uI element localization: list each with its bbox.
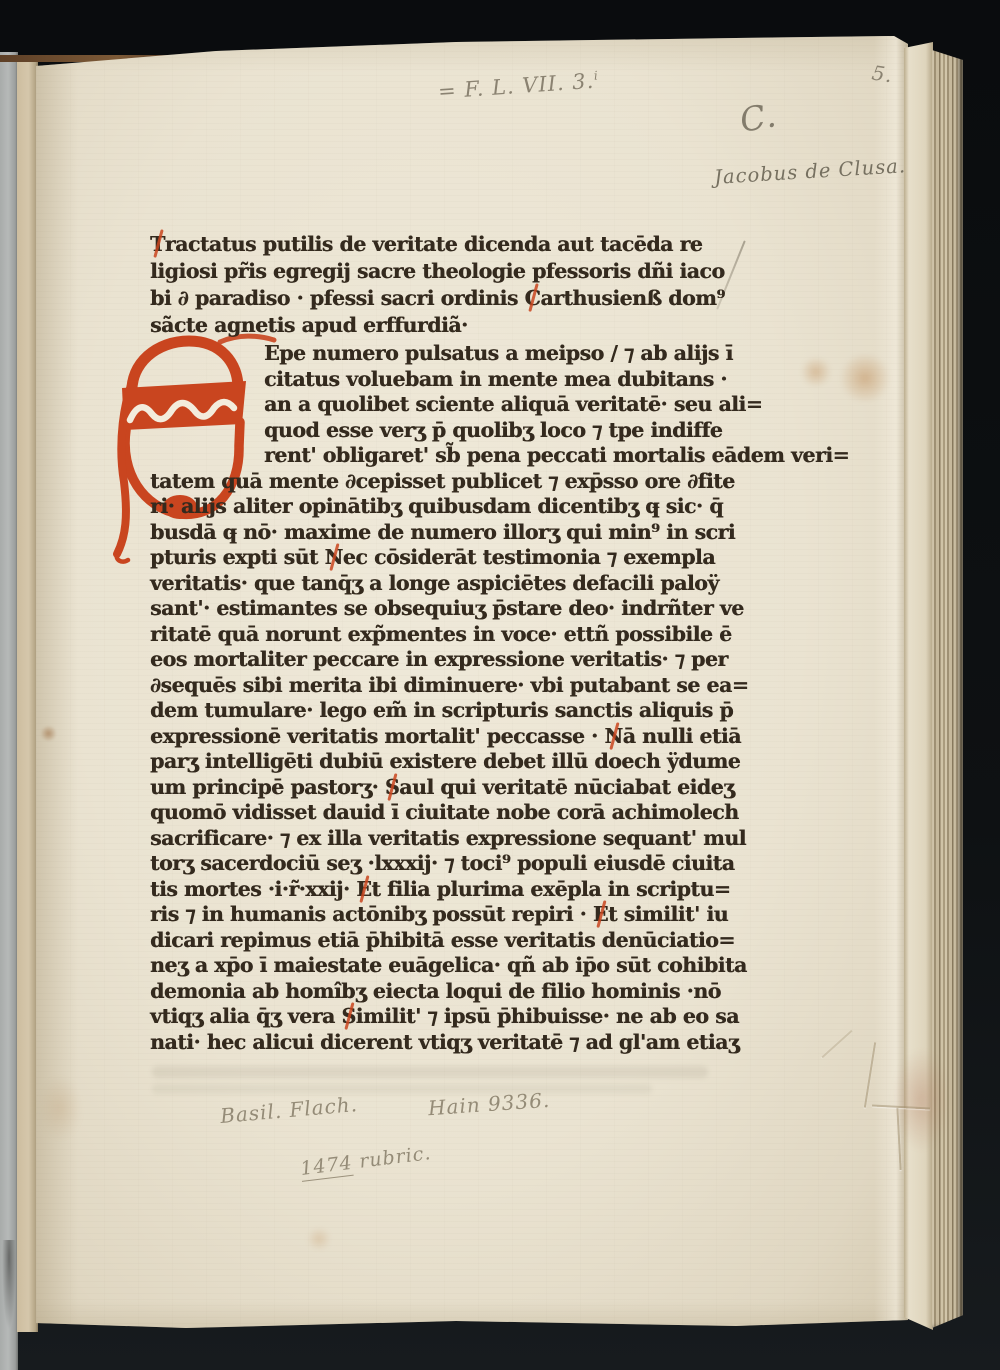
corner-mark-annotation: C.: [737, 95, 780, 140]
verso-show-through: [152, 1084, 652, 1094]
body-text-line: pturis expti sūt Nec cōsiderāt testimoni…: [150, 545, 722, 571]
paper-stain: [40, 726, 57, 741]
paper-stain: [306, 1228, 332, 1250]
rubricated-letter: N: [604, 724, 622, 750]
body-text-line: vtiqʒ alia q̄ʒ vera Similit' ⁊ ipsū p̄hi…: [150, 1004, 722, 1030]
body-text-line: tis mortes ·i·r̃·xxij· Et filia plurima …: [150, 877, 722, 903]
book-gutter-edge: [17, 58, 38, 1332]
scan-left-edge-strip: [0, 52, 18, 1370]
paper-stain: [893, 1050, 949, 1150]
rubricated-letter: S: [341, 1004, 355, 1030]
body-text-line: ∂sequēs sibi merita ibi diminuere· vbi p…: [150, 673, 722, 699]
incipit-line: sãcte agnetis apud erffurdiã·: [150, 312, 722, 339]
paper-stain: [800, 357, 832, 387]
rubricated-letter: T: [150, 231, 165, 258]
scan-left-edge-smudge: [2, 1240, 16, 1330]
body-text-line: veritatis· que tanq̄ʒ a longe aspiciētes…: [150, 571, 722, 597]
rubricated-letter: S: [385, 775, 399, 801]
body-text-line: quomō vidisset dauid ī ciuitate nobe cor…: [150, 800, 722, 826]
body-text-line: tatem quā mente ∂cepisset publicet ⁊ exp…: [150, 469, 722, 495]
body-text-line: nati· hec alicui dicerent vtiqʒ veritatē…: [150, 1030, 722, 1056]
body-text-line: demonia ab homîbʒ eiecta loqui de filio …: [150, 979, 722, 1005]
body-text-line: parʒ intelligēti dubiū existere debet il…: [150, 749, 722, 775]
body-text-line: busdā q̵ nō· maxime de numero illorʒ qui…: [150, 520, 722, 546]
rubricated-letter: C: [525, 285, 541, 312]
body-text-line: neʒ a xp̄o ī maiestate euāgelica· qñ ab …: [150, 953, 722, 979]
body-text-line: eos mortaliter peccare in expressione ve…: [150, 647, 722, 673]
body-text-line: um principē pastorʒ· Saul qui veritatē n…: [150, 775, 722, 801]
body-text-line: expressionē veritatis mortalit' peccasse…: [150, 724, 722, 750]
body-text-line: ritatē quā norunt exp̃mentes in voce· et…: [150, 622, 722, 648]
rubricated-letter: E: [593, 902, 608, 928]
paper-stain: [38, 1076, 82, 1140]
body-text-line: dicari repimus etiā p̄hibitā esse verita…: [150, 928, 722, 954]
verso-show-through: [152, 1066, 708, 1078]
body-text-line: sacrificare· ⁊ ex illa veritatis express…: [150, 826, 722, 852]
body-text-line: sant'· estimantes se obsequiuʒ p̄stare d…: [150, 596, 722, 622]
rubricated-letter: N: [325, 545, 343, 571]
incipit-line: Tractatus putilis de veritate dicenda au…: [150, 231, 722, 258]
body-text-line: ri· alijs aliter opinātibʒ quibusdam dic…: [150, 494, 722, 520]
paper-stain: [838, 354, 892, 402]
body-text-line: ris ⁊ in humanis actōnibʒ possūt repiri …: [150, 902, 722, 928]
rubricated-letter: E: [356, 877, 371, 903]
incipit-block: Tractatus putilis de veritate dicenda au…: [150, 231, 722, 339]
body-text-line: torʒ sacerdociū seʒ ·lxxxij· ⁊ toci⁹ pop…: [150, 851, 722, 877]
initial-letter-space: [150, 341, 264, 444]
incipit-line: ligiosi pr̃is egregij sacre theologie pf…: [150, 258, 722, 285]
body-text-line: rent' obligaret' sb̃ pena peccati mortal…: [150, 443, 722, 469]
folio-number: 5.: [870, 60, 895, 87]
incipit-line: bi ∂ paradiso · pfessi sacri ordinis Car…: [150, 285, 722, 312]
body-text-line: dem tumulare· lego em̃ in scripturis san…: [150, 698, 722, 724]
scan-canvas: { "annotations": { "shelfmark": "= F. L.…: [0, 0, 1000, 1370]
shelfmark-superscript: i: [593, 68, 599, 82]
body-block: Epe numero pulsatus a meipso / ⁊ ab alij…: [150, 341, 722, 1055]
